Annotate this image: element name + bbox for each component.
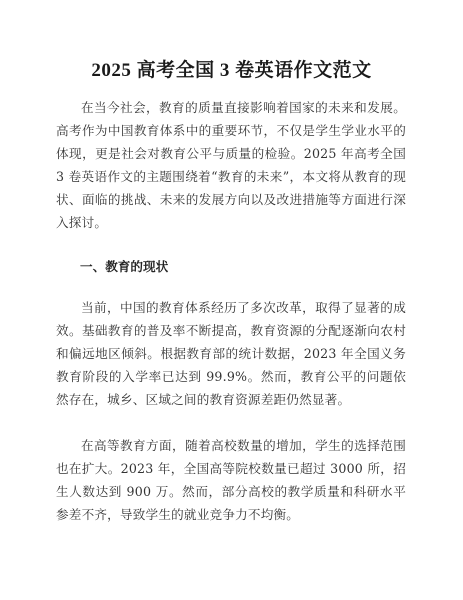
body-paragraph-higher-education: 在高等教育方面，随着高校数量的增加，学生的选择范围也在扩大。2023 年，全国高… [56,434,406,526]
section-heading: 一、教育的现状 [80,256,168,275]
document-title: 2025 高考全国 3 卷英语作文范文 [0,55,463,82]
body-paragraph-status: 当前，中国的教育体系经历了多次改革，取得了显著的成效。基础教育的普及率不断提高，… [56,296,406,411]
document-page: 2025 高考全国 3 卷英语作文范文 在当今社会，教育的质量直接影响着国家的未… [0,0,463,600]
intro-paragraph: 在当今社会，教育的质量直接影响着国家的未来和发展。高考作为中国教育体系中的重要环… [56,96,406,234]
